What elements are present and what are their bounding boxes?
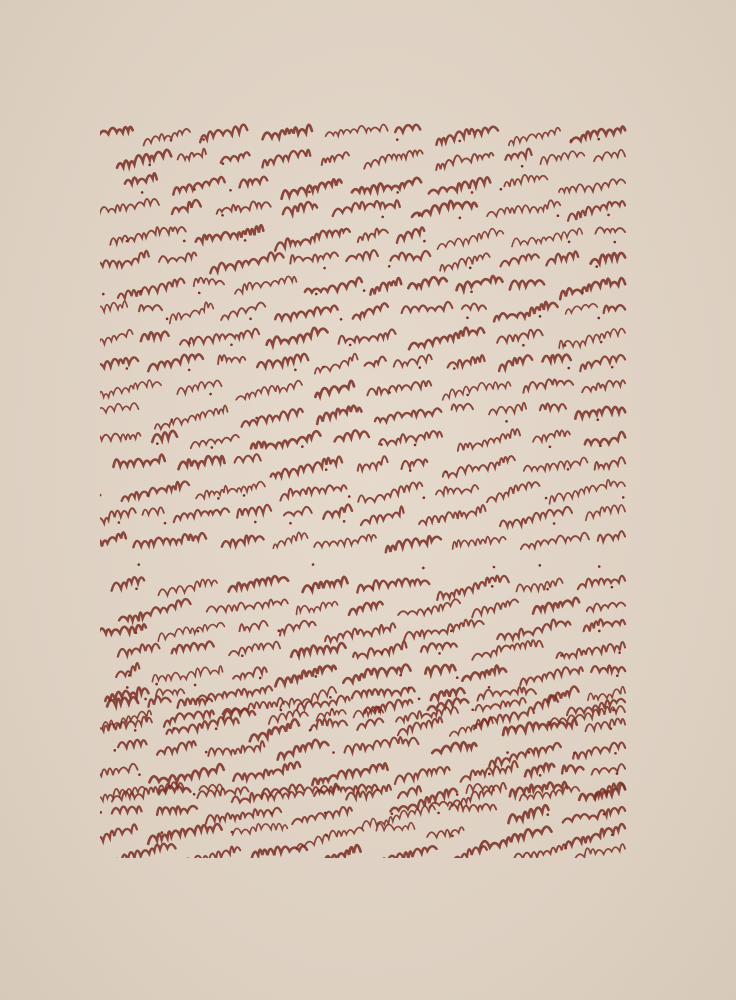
calligraphy-plate [100, 118, 640, 858]
handwriting-strokes [100, 118, 640, 858]
